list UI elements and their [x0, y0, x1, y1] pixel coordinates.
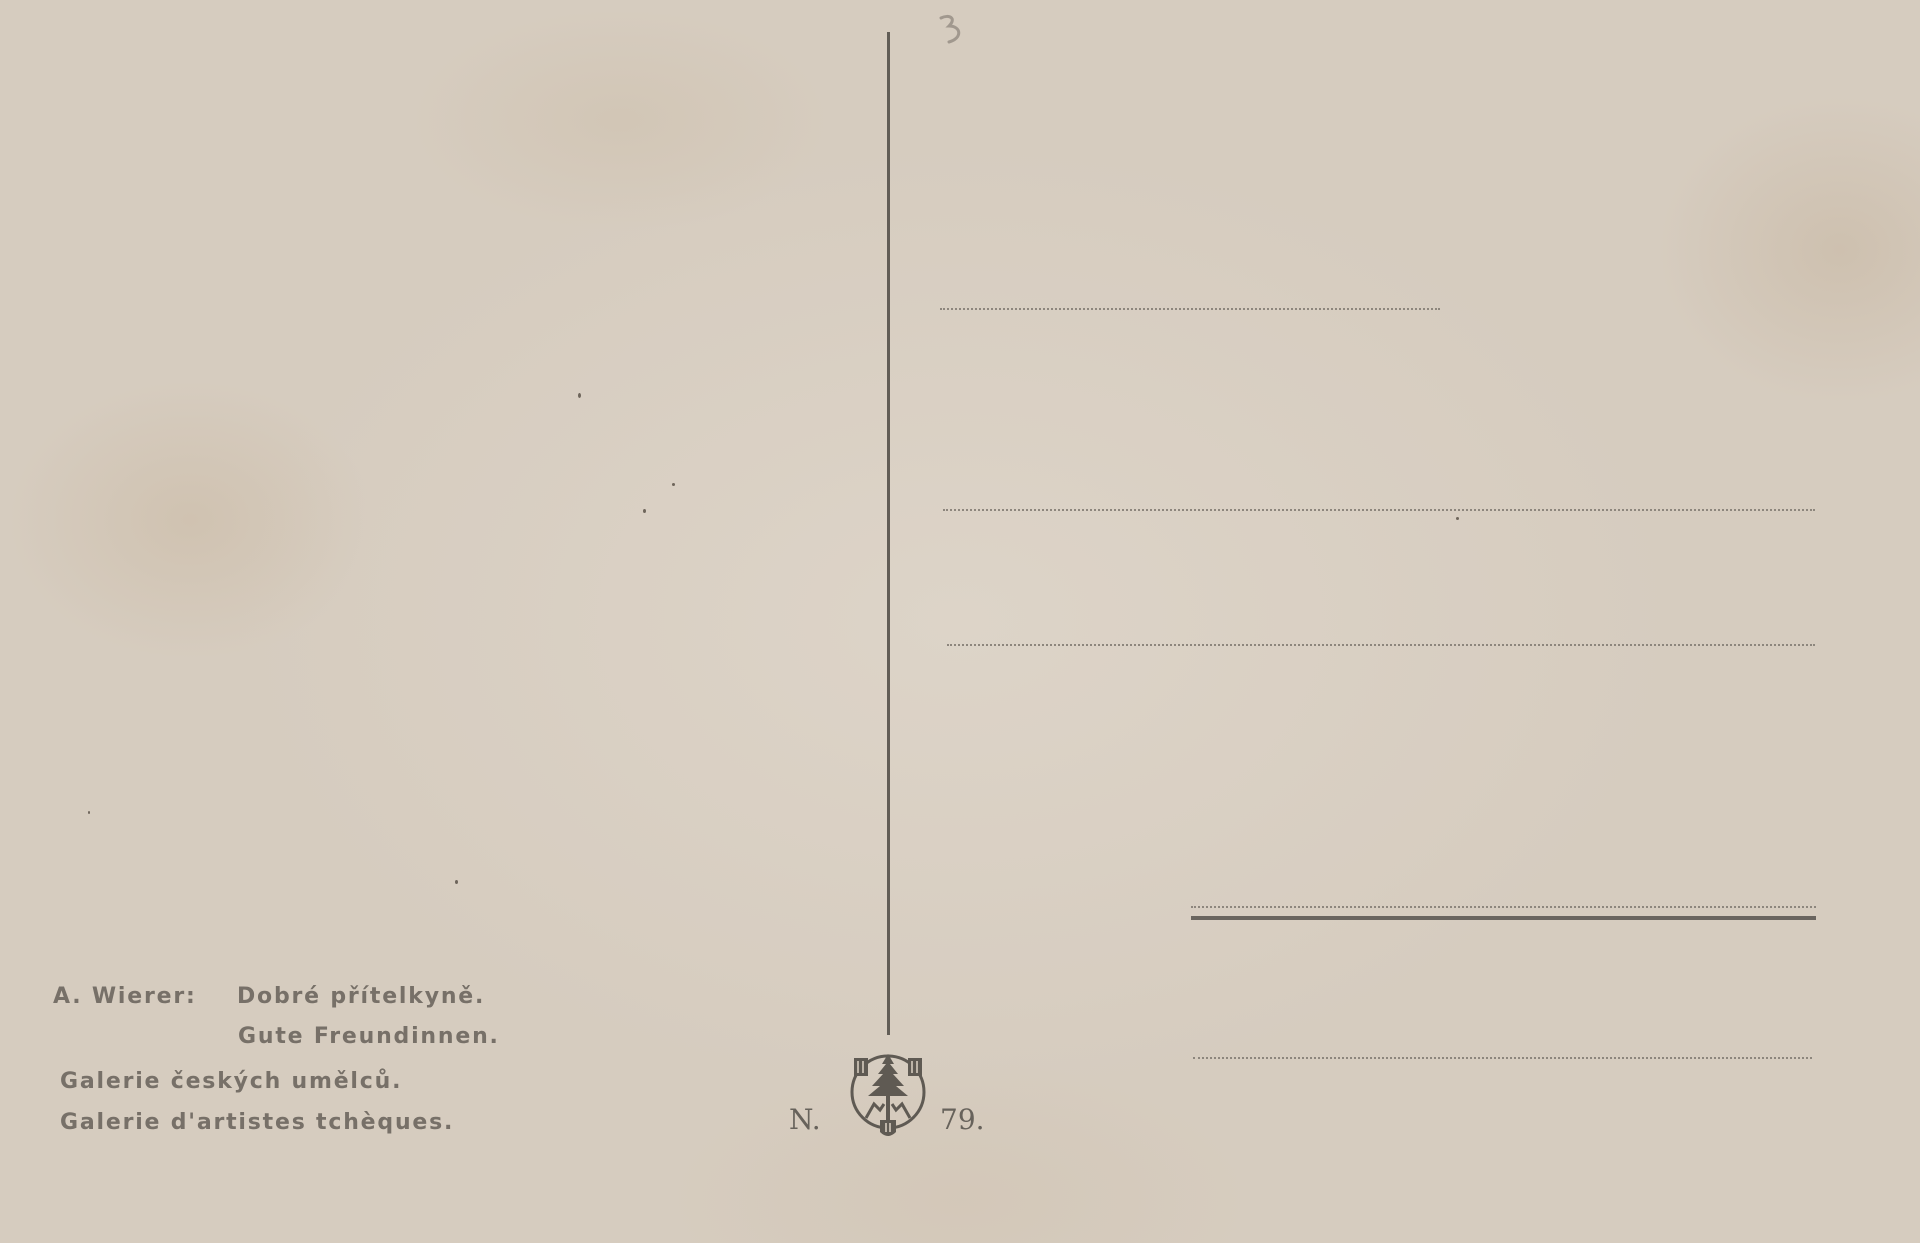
- paper-speck: [88, 811, 90, 814]
- tree-in-circle-emblem-icon: [846, 1048, 930, 1140]
- caption-gallery-french: Galerie d'artistes tchèques.: [60, 1112, 454, 1134]
- caption-title-czech: Dobré přítelkyně.: [237, 986, 485, 1008]
- paper-speck: [578, 393, 581, 398]
- address-line-3: [947, 644, 1815, 646]
- caption-author: A. Wierer:: [53, 986, 197, 1008]
- center-divider-line: [887, 32, 890, 1035]
- caption-title-german: Gute Freundinnen.: [238, 1026, 500, 1048]
- paper-speck: [455, 880, 458, 884]
- address-line-4-solid: [1191, 916, 1816, 920]
- paper-speck: [672, 483, 675, 486]
- series-number-prefix: N.: [789, 1106, 821, 1134]
- address-line-4-dotted: [1191, 906, 1816, 908]
- address-line-5: [1193, 1057, 1812, 1059]
- pencil-mark-3: [935, 12, 969, 52]
- address-line-2: [943, 509, 1815, 511]
- address-line-1: [940, 308, 1440, 310]
- paper-speck: [643, 509, 646, 513]
- series-number-value: 79.: [940, 1106, 985, 1134]
- paper-speck: [1456, 517, 1459, 520]
- caption-gallery-czech: Galerie českých umělců.: [60, 1071, 402, 1093]
